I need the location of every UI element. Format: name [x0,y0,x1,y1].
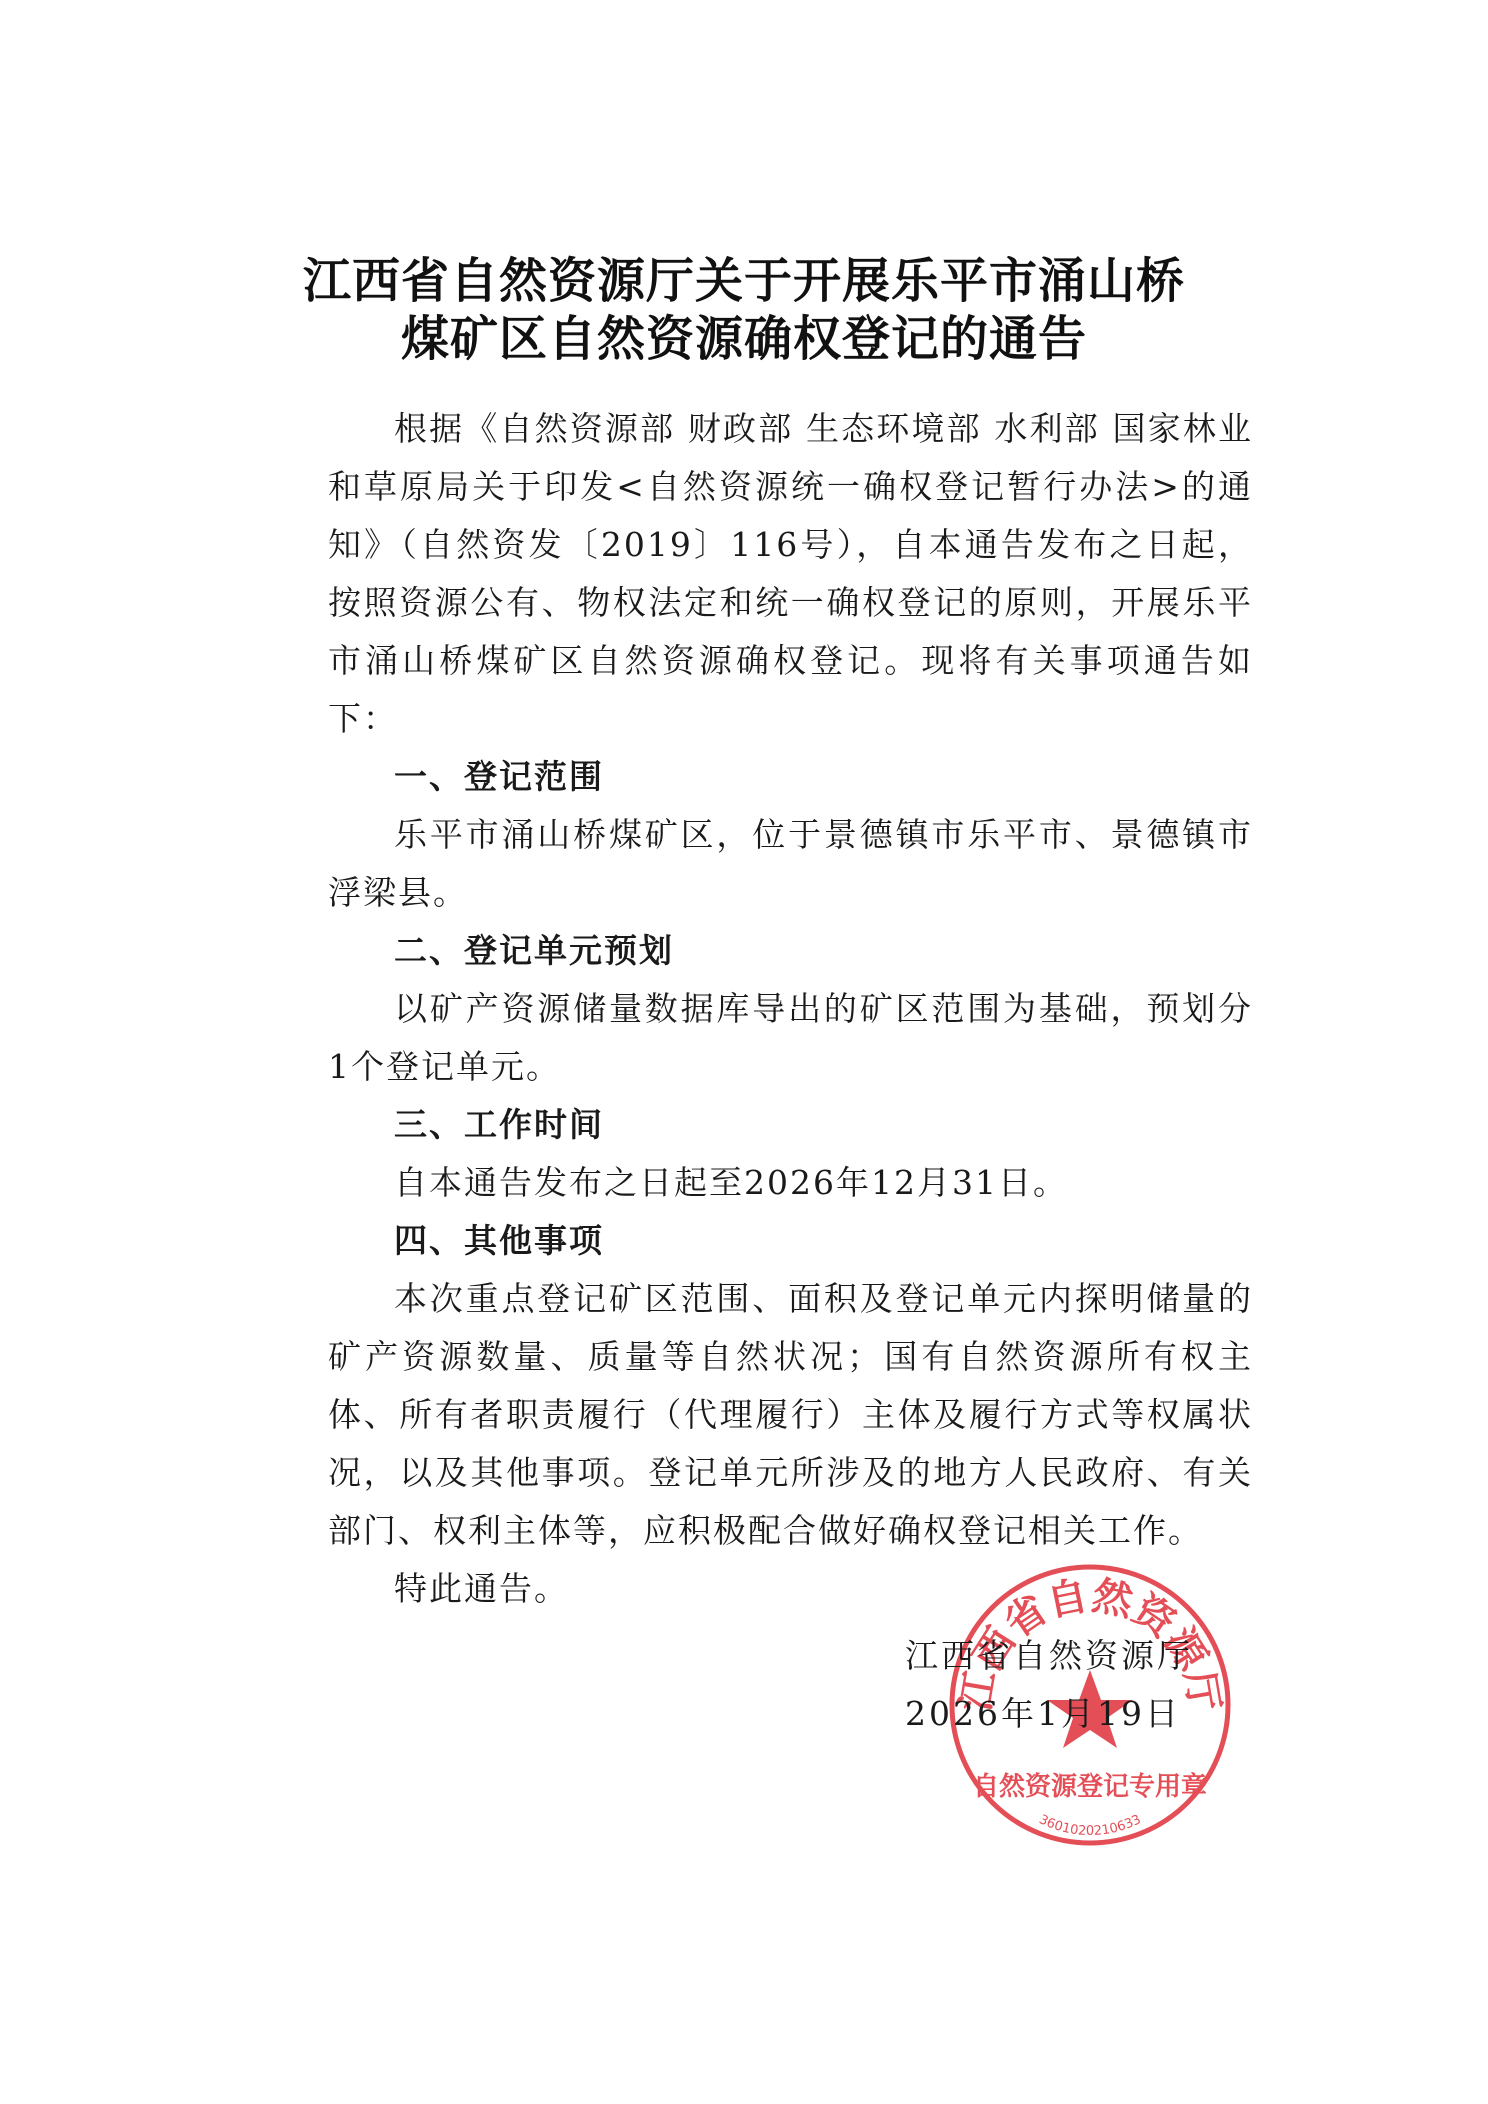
document-title-line-2: 煤矿区自然资源确权登记的通告 [0,300,1488,369]
svg-text:自然资源登记专用章: 自然资源登记专用章 [973,1771,1207,1802]
section-text-1: 乐平市涌山桥煤矿区，位于景德镇市乐平市、景德镇市浮梁县。 [328,806,1253,922]
section-text-2: 以矿产资源储量数据库导出的矿区范围为基础，预划分1个登记单元。 [328,980,1253,1096]
section-text-4: 本次重点登记矿区范围、面积及登记单元内探明储量的矿产资源数量、质量等自然状况；国… [328,1270,1253,1560]
section-heading-1: 一、登记范围 [328,748,1253,806]
document-body: 根据《自然资源部 财政部 生态环境部 水利部 国家林业和草原局关于印发<自然资源… [328,400,1253,1618]
signature-organization: 江西省自然资源厅 [905,1627,1193,1685]
intro-paragraph: 根据《自然资源部 财政部 生态环境部 水利部 国家林业和草原局关于印发<自然资源… [328,400,1253,748]
section-heading-2: 二、登记单元预划 [328,922,1253,980]
section-heading-3: 三、工作时间 [328,1096,1253,1154]
signature-block: 江西省自然资源厅 2026年1月19日 [905,1627,1193,1743]
section-heading-4: 四、其他事项 [328,1212,1253,1270]
section-text-3: 自本通告发布之日起至2026年12月31日。 [328,1154,1253,1212]
signature-date: 2026年1月19日 [905,1685,1193,1743]
svg-text:3601020210633: 3601020210633 [1036,1812,1143,1839]
